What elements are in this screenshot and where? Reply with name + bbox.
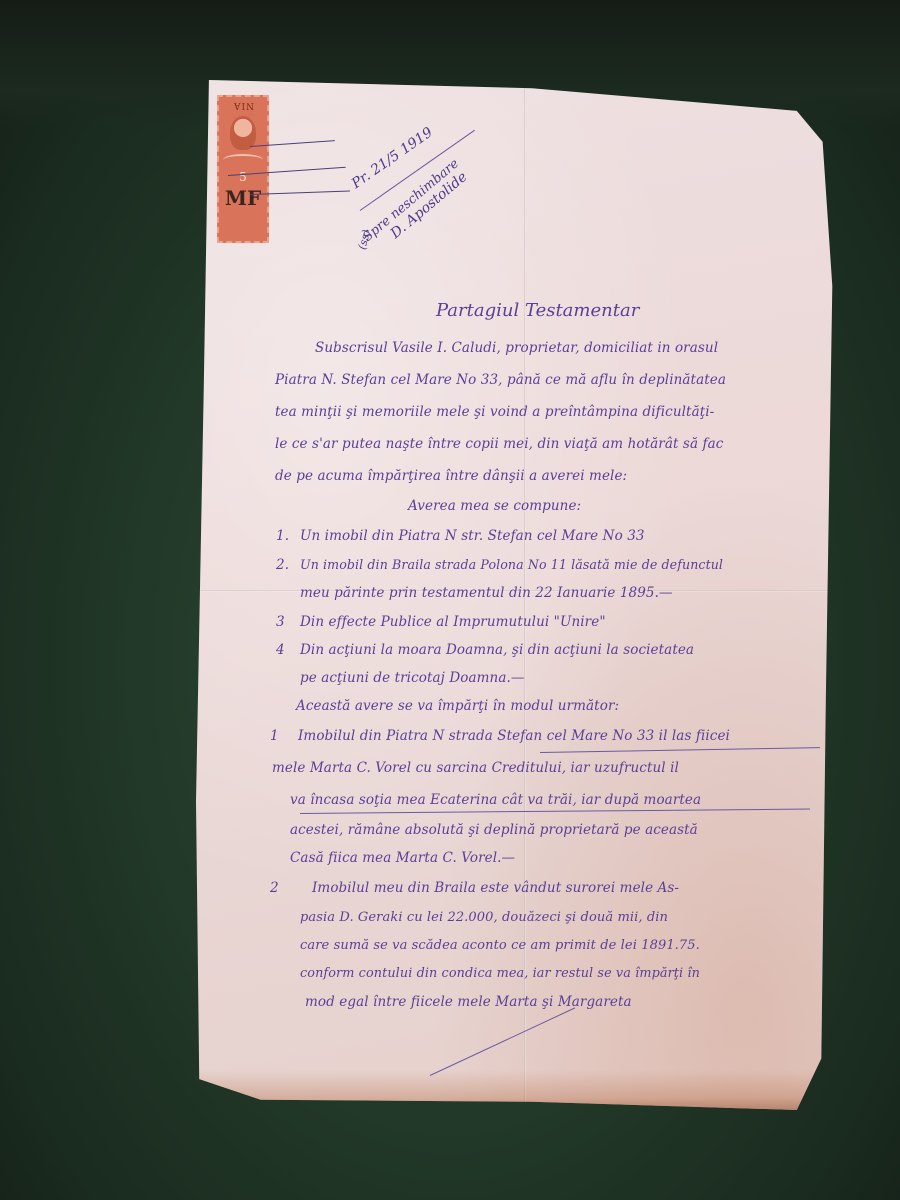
division-line: acestei, rămâne absolută şi deplină prop… — [290, 822, 698, 838]
stamp-eagle-wings-icon — [223, 154, 263, 166]
intro-line: Subscrisul Vasile I. Caludi, proprietar,… — [315, 340, 718, 356]
division-line: mele Marta C. Vorel cu sarcina Creditulu… — [272, 760, 679, 776]
document-title: Partagiul Testamentar — [436, 300, 639, 321]
division-number: 2 — [270, 880, 279, 896]
division-line: pasia D. Geraki cu lei 22.000, douăzeci … — [300, 910, 668, 925]
asset-number: 4 — [276, 642, 285, 658]
division-line: Imobilul meu din Braila este vândut suro… — [312, 880, 679, 896]
division-line: Casă fiica mea Marta C. Vorel.— — [290, 850, 515, 866]
asset-item: Un imobil din Piatra N str. Stefan cel M… — [300, 528, 645, 544]
asset-number: 2. — [276, 557, 289, 573]
division-heading: Această avere se va împărţi în modul urm… — [296, 698, 619, 714]
asset-item: Din acţiuni la moara Doamna, şi din acţi… — [300, 642, 694, 658]
asset-item: Din effecte Publice al Imprumutului "Uni… — [300, 614, 606, 630]
assets-heading: Averea mea se compune: — [408, 498, 581, 514]
burnt-bottom-edge — [196, 1070, 842, 1110]
division-line: conform contului din condica mea, iar re… — [300, 966, 700, 981]
division-line: mod egal între fiicele mele Marta şi Mar… — [305, 994, 632, 1010]
revenue-stamp: NIA 5 MF — [217, 95, 269, 243]
division-line: Imobilul din Piatra N strada Stefan cel … — [298, 728, 730, 744]
asset-item-continuation: meu părinte prin testamentul din 22 Ianu… — [300, 585, 673, 601]
intro-line: le ce s'ar putea naşte între copii mei, … — [275, 436, 723, 452]
asset-item-continuation: pe acţiuni de tricotaj Doamna.— — [300, 670, 524, 686]
intro-line: tea minţii şi memoriile mele şi voind a … — [275, 404, 714, 420]
division-number: 1 — [270, 728, 279, 744]
division-line: care sumă se va scădea aconto ce am prim… — [300, 938, 700, 953]
stamp-value: 5 — [239, 170, 247, 184]
asset-number: 1. — [276, 528, 289, 544]
asset-number: 3 — [276, 614, 285, 630]
stamp-country-text: NIA — [233, 100, 254, 110]
division-line: va încasa soţia mea Ecaterina cât va tră… — [290, 792, 701, 808]
intro-line: Piatra N. Stefan cel Mare No 33, până ce… — [275, 372, 726, 388]
intro-line: de pe acuma împărţirea între dânşii a av… — [275, 468, 627, 484]
asset-item: Un imobil din Braila strada Polona No 11… — [300, 557, 723, 572]
stamp-overprint: MF — [225, 186, 261, 210]
